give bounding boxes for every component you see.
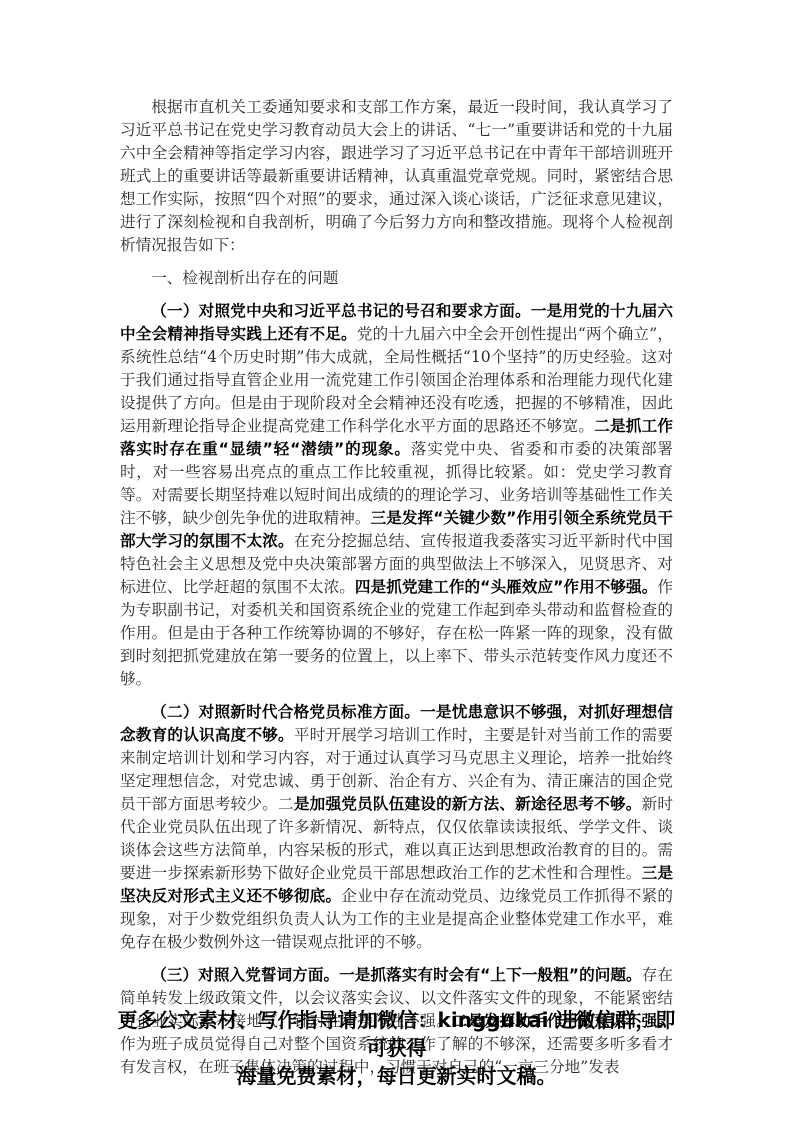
section-paragraph-2: （二）对照新时代合格党员标准方面。一是忧患意识不够强，对抓好理想信念教育的认识高… [120,701,673,954]
document-body: 根据市直机关工委通知要求和支部工作方案，最近一段时间，我认真学习了习近平总书记在… [120,96,673,1089]
promo-line-1: 更多公文素材、写作指导请加微信：kinggukai 进微信群，即可获得 [116,1006,677,1062]
intro-paragraph: 根据市直机关工委通知要求和支部工作方案，最近一段时间，我认真学习了习近平总书记在… [120,96,673,257]
promo-line-2: 海量免费素材，每日更新实时文稿。 [116,1062,677,1090]
bold-text: （三）对照入党誓词方面。一是抓落实有时会有“上下一般粗”的问题。 [151,966,642,984]
bold-text: 四是抓党建工作的“头雁效应”作用不够强。 [355,578,658,596]
section-heading: 一、检视剖析出存在的问题 [120,267,673,290]
bold-text: 是加强党员队伍建设的新方法、新途径思考不够。 [294,795,642,813]
promo-footer: 更多公文素材、写作指导请加微信：kinggukai 进微信群，即可获得 海量免费… [116,1006,677,1090]
section-paragraph-1: （一）对照党中央和习近平总书记的号召和要求方面。一是用党的十九届六中全会精神指导… [120,300,673,691]
